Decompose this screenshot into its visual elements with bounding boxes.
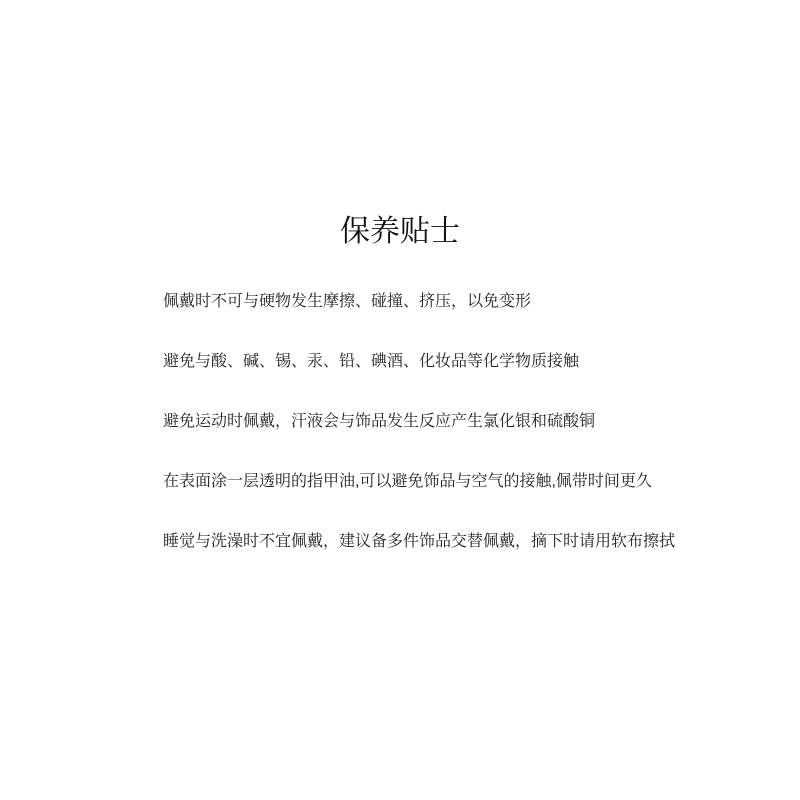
- tip-line-wear-friction: 佩戴时不可与硬物发生摩擦、碰撞、挤压，以免变形: [163, 292, 723, 312]
- tip-line-chemicals: 避免与酸、碱、锡、汞、铅、碘酒、化妆品等化学物质接触: [163, 352, 723, 372]
- page-title: 保养贴士: [0, 214, 800, 250]
- tips-list: 佩戴时不可与硬物发生摩擦、碰撞、挤压，以免变形 避免与酸、碱、锡、汞、铅、碘酒、…: [163, 292, 723, 552]
- care-tips-page: 保养贴士 佩戴时不可与硬物发生摩擦、碰撞、挤压，以免变形 避免与酸、碱、锡、汞、…: [0, 0, 800, 800]
- tip-line-exercise-sweat: 避免运动时佩戴，汗液会与饰品发生反应产生氯化银和硫酸铜: [163, 412, 723, 432]
- tip-line-nail-polish-coating: 在表面涂一层透明的指甲油,可以避免饰品与空气的接触,佩带时间更久: [163, 472, 723, 492]
- tip-line-sleep-shower: 睡觉与洗澡时不宜佩戴，建议备多件饰品交替佩戴，摘下时请用软布擦拭: [163, 532, 723, 552]
